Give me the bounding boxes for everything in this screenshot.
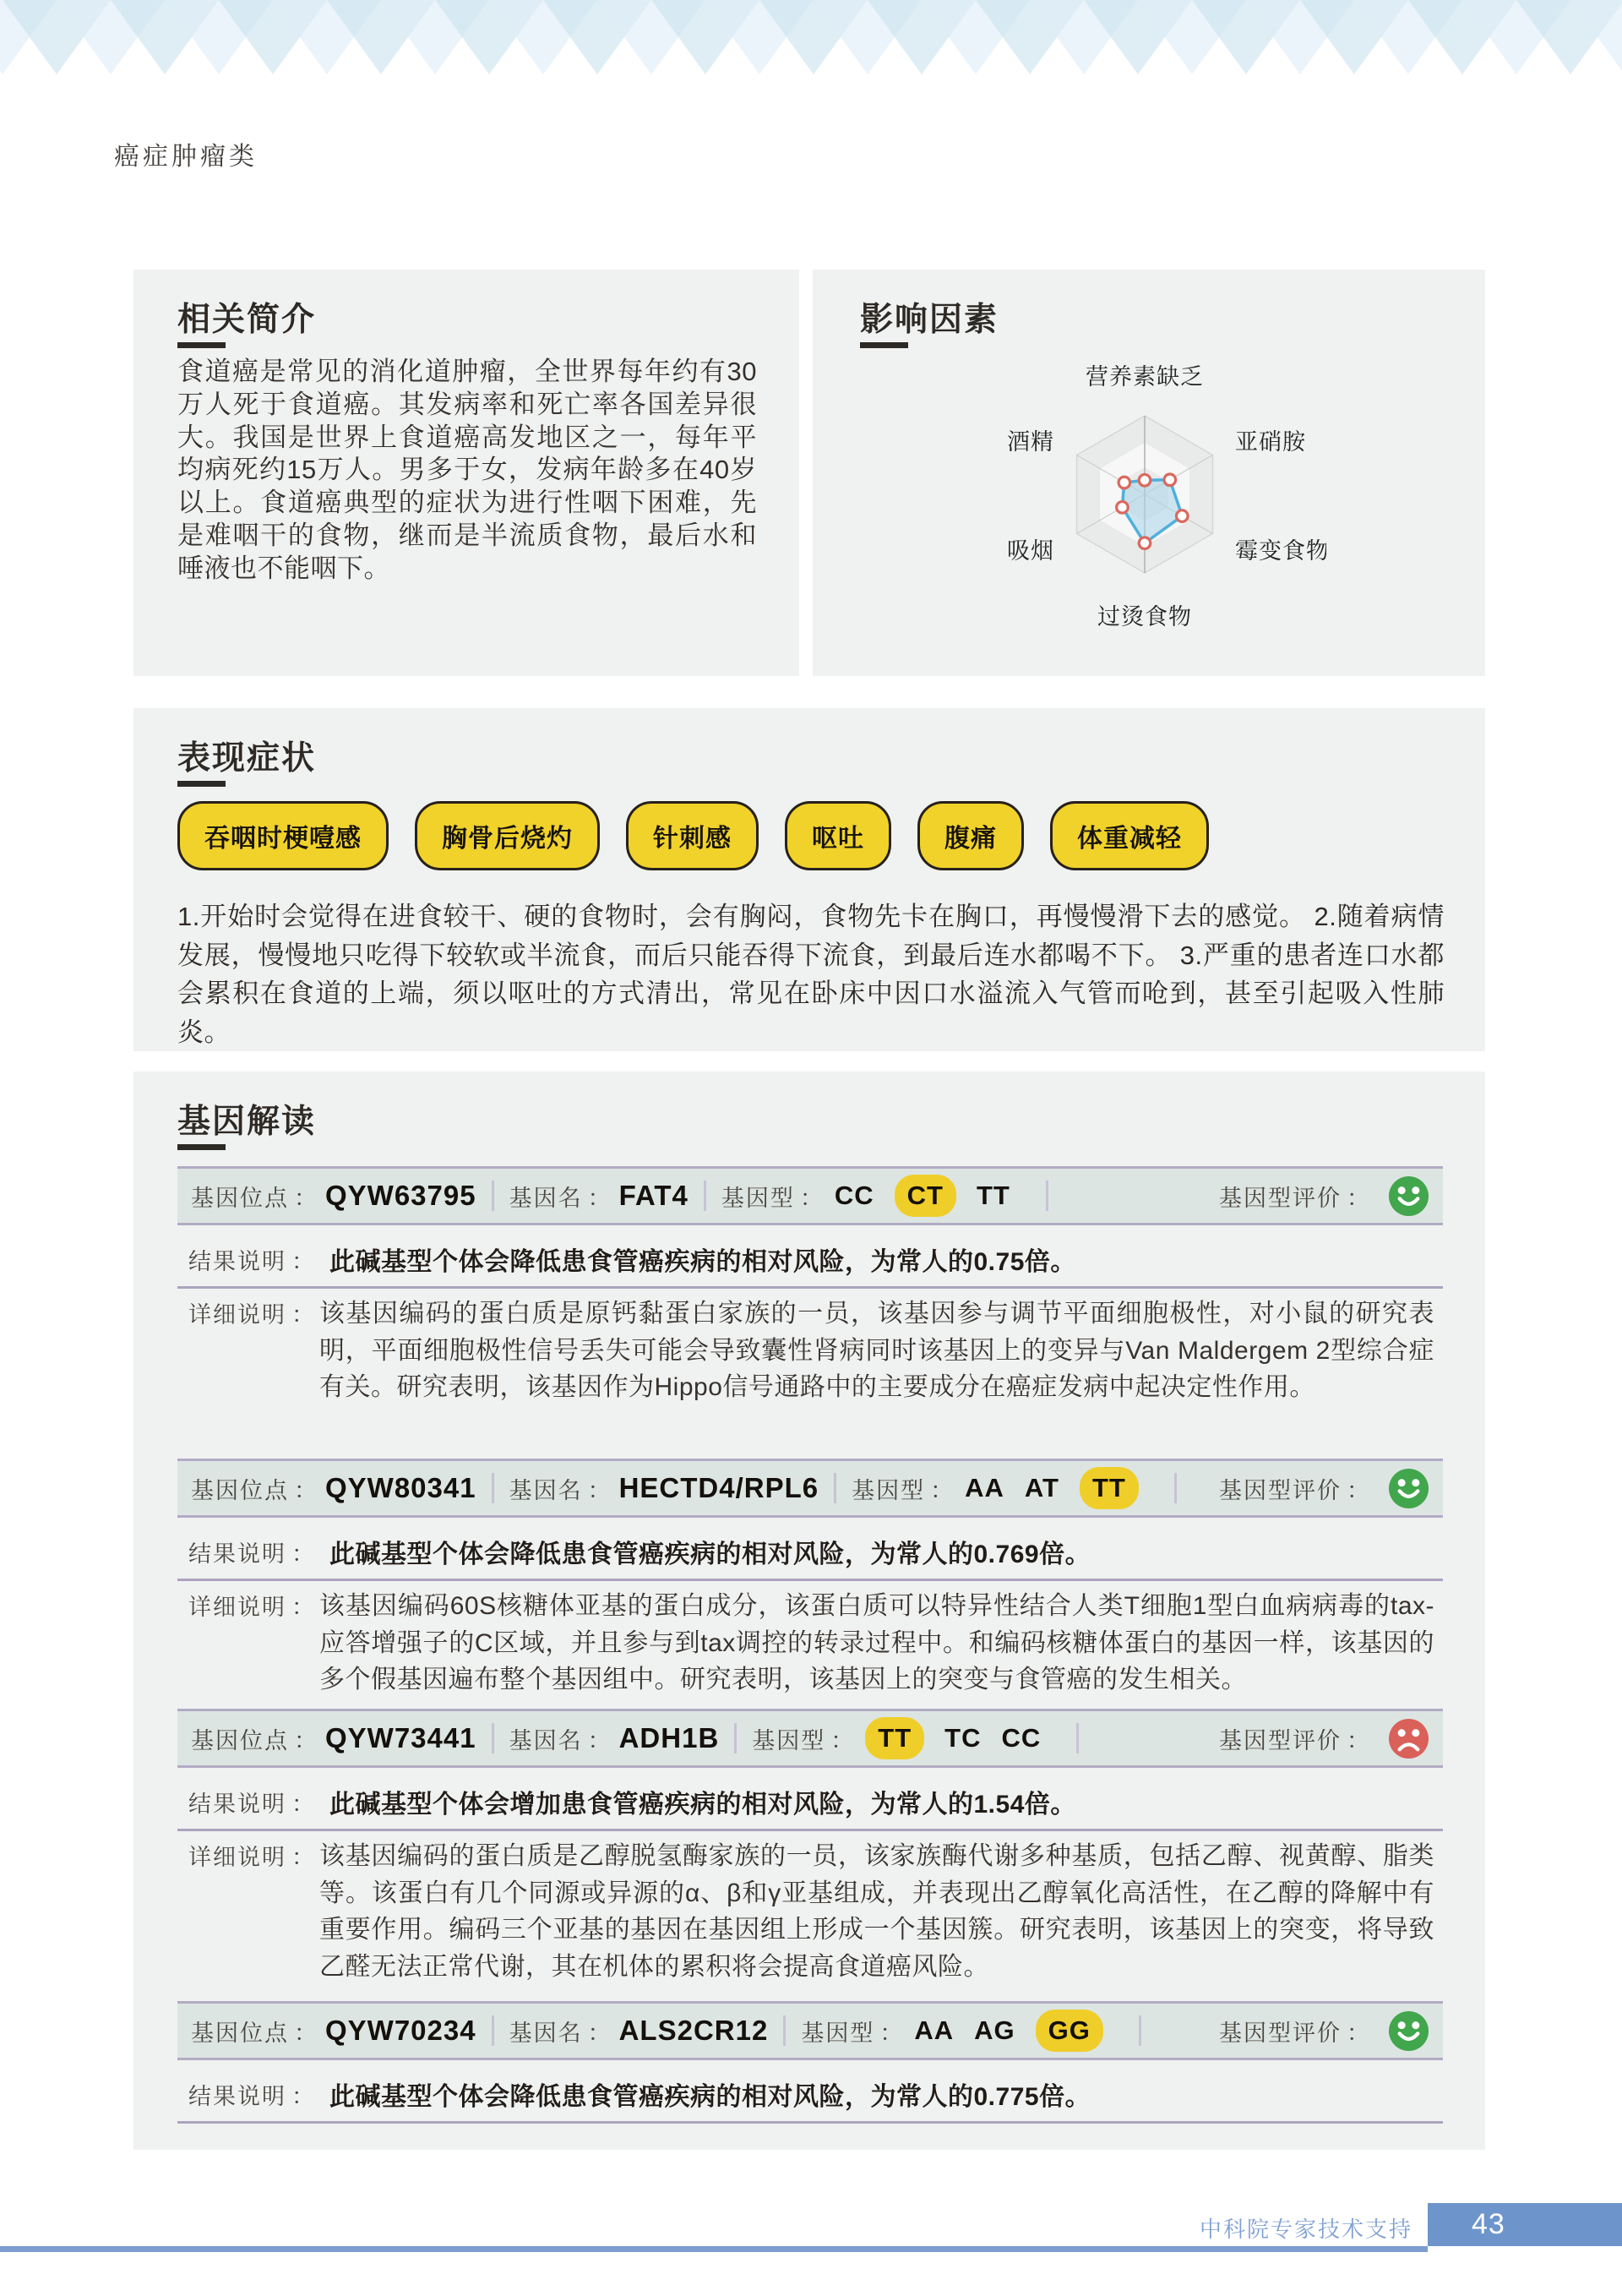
gene-locus-label: 基因位点 — [191, 2015, 289, 2048]
result-label: 结果说明 — [188, 1786, 286, 1819]
radar-axis-label: 营养素缺乏 — [1086, 364, 1204, 390]
gene-name-value: FAT4 — [619, 1180, 689, 1212]
detail-label-holder: 详细说明： — [188, 1837, 323, 1874]
colon: ： — [1347, 1722, 1369, 1755]
colon: ： — [294, 1722, 317, 1755]
genotype-label: 基因型 — [801, 2015, 874, 2048]
radar-axis-label: 吸烟 — [1007, 538, 1054, 564]
colon: ： — [1347, 2015, 1369, 2048]
genotype-option-highlighted: GG — [1036, 2010, 1103, 2052]
gene-locus-value: QYW80341 — [325, 1472, 476, 1504]
colon: ： — [879, 2015, 902, 2048]
header-divider — [783, 2015, 786, 2046]
symptom-tag: 腹痛 — [917, 801, 1024, 870]
gene-header-row: 基因位点： QYW70234 基因名： ALS2CR12 基因型： AAAGGG… — [177, 2001, 1443, 2060]
gene-name-label: 基因名 — [509, 1472, 583, 1505]
intro-body-text: 食道癌是常见的消化道肿瘤，全世界每年约有30万人死于食道癌。其发病率和死亡率各国… — [177, 356, 757, 586]
gene-name-value: ALS2CR12 — [619, 2015, 769, 2047]
smiley-good-icon — [1388, 2010, 1429, 2052]
gene-rows: 基因位点： QYW63795 基因名： FAT4 基因型： CCCTTT 基因型… — [177, 1166, 1443, 2124]
gene-name-value: ADH1B — [619, 1722, 720, 1754]
page-number: 43 — [1472, 2208, 1505, 2241]
intro-title-underline — [177, 342, 226, 348]
genotype-option: AA — [914, 2015, 954, 2046]
result-row: 结果说明： 此碱基型个体会降低患食管癌疾病的相对风险，为常人的0.775倍。 — [188, 2070, 1091, 2118]
colon: ： — [1347, 1472, 1369, 1505]
genes-panel: 基因解读 基因位点： QYW63795 基因名： FAT4 基因型： CCCTT… — [133, 1072, 1485, 2150]
gene-header-row: 基因位点： QYW63795 基因名： FAT4 基因型： CCCTTT 基因型… — [177, 1166, 1443, 1225]
result-text: 此碱基型个体会降低患食管癌疾病的相对风险，为常人的0.775倍。 — [329, 2075, 1091, 2113]
detail-label-holder: 详细说明： — [188, 1587, 323, 1624]
colon: ： — [291, 1296, 314, 1329]
header-divider — [1076, 1723, 1079, 1753]
category-label: 癌症肿瘤类 — [114, 135, 258, 172]
gene-name-label: 基因名 — [509, 2015, 583, 2048]
symptom-tag: 体重减轻 — [1050, 801, 1209, 870]
gene-header-row: 基因位点： QYW80341 基因名： HECTD4/RPL6 基因型： AAA… — [177, 1459, 1443, 1518]
colon: ： — [291, 1786, 314, 1819]
evaluation-label: 基因型评价 — [1219, 1472, 1342, 1505]
result-label: 结果说明 — [188, 1243, 286, 1276]
result-text: 此碱基型个体会降低患食管癌疾病的相对风险，为常人的0.75倍。 — [329, 1241, 1076, 1278]
gene-locus-value: QYW73441 — [325, 1722, 476, 1754]
genotype-option-highlighted: TT — [1080, 1467, 1139, 1509]
gene-name-label: 基因名 — [509, 1722, 583, 1755]
detail-row: 详细说明： 该基因编码的蛋白质是原钙黏蛋白家族的一员，该基因参与调节平面细胞极性… — [188, 1295, 1441, 1406]
header-divider — [492, 1181, 494, 1211]
result-row: 结果说明： 此碱基型个体会降低患食管癌疾病的相对风险，为常人的0.75倍。 — [188, 1235, 1076, 1283]
gene-locus-label: 基因位点 — [191, 1180, 289, 1213]
colon: ： — [294, 1180, 317, 1213]
header-divider — [492, 1723, 494, 1753]
evaluation-smiley-holder — [1388, 2010, 1429, 2052]
genotype-option: AA — [965, 1473, 1004, 1503]
result-text: 此碱基型个体会降低患食管癌疾病的相对风险，为常人的0.769倍。 — [329, 1533, 1091, 1570]
radar-data-marker — [1176, 510, 1188, 522]
factors-title: 影响因素 — [860, 293, 999, 341]
detail-label: 详细说明 — [188, 1296, 286, 1329]
result-row: 结果说明： 此碱基型个体会降低患食管癌疾病的相对风险，为常人的0.769倍。 — [188, 1528, 1091, 1575]
symptom-tag-list: 吞咽时梗噎感 胸骨后烧灼 针刺感 呕吐 腹痛 体重减轻 — [177, 801, 1209, 870]
gene-name-value: HECTD4/RPL6 — [619, 1472, 819, 1504]
header-divider — [834, 1473, 836, 1503]
genotype-option: AT — [1025, 1473, 1059, 1503]
genotype-option-highlighted: CT — [895, 1175, 956, 1217]
detail-text: 该基因编码的蛋白质是乙醇脱氢酶家族的一员，该家族酶代谢多种基质，包括乙醇、视黄醇… — [319, 1837, 1434, 1985]
genotype-option: CC — [1001, 1723, 1041, 1753]
genotype-label: 基因型 — [752, 1722, 825, 1755]
genotype-options: TTTCCC — [865, 1717, 1061, 1759]
header-divider — [1174, 1473, 1177, 1503]
detail-text: 该基因编码60S核糖体亚基的蛋白成分，该蛋白质可以特异性结合人类T细胞1型白血病… — [319, 1587, 1434, 1699]
factors-title-underline — [860, 342, 908, 348]
header-divider — [704, 1181, 706, 1211]
radar-axis-label: 霉变食物 — [1235, 538, 1326, 564]
gene-locus-value: QYW63795 — [325, 1180, 476, 1212]
row-divider — [177, 1579, 1443, 1581]
detail-row: 详细说明： 该基因编码的蛋白质是乙醇脱氢酶家族的一员，该家族酶代谢多种基质，包括… — [188, 1837, 1441, 1985]
header-divider — [1139, 2015, 1141, 2046]
genes-title-underline — [177, 1144, 226, 1150]
symptom-tag: 胸骨后烧灼 — [415, 801, 600, 870]
footer-support-text: 中科院专家技术支持 — [1200, 2212, 1412, 2244]
colon: ： — [588, 1472, 611, 1505]
colon: ： — [930, 1472, 953, 1505]
colon: ： — [588, 2015, 611, 2048]
detail-text: 该基因编码的蛋白质是原钙黏蛋白家族的一员，该基因参与调节平面细胞极性，对小鼠的研… — [319, 1295, 1434, 1406]
result-text: 此碱基型个体会增加患食管癌疾病的相对风险，为常人的1.54倍。 — [329, 1783, 1076, 1820]
colon: ： — [1347, 1180, 1369, 1213]
detail-label: 详细说明 — [188, 1589, 286, 1622]
gene-locus-value: QYW70234 — [325, 2015, 476, 2047]
colon: ： — [291, 1589, 314, 1622]
symptom-tag: 吞咽时梗噎感 — [177, 801, 389, 870]
colon: ： — [588, 1180, 611, 1213]
radar-data-marker — [1117, 502, 1129, 514]
gene-locus-label: 基因位点 — [191, 1472, 289, 1505]
radar-axis-label: 亚硝胺 — [1235, 429, 1306, 455]
gene-locus-label: 基因位点 — [191, 1722, 289, 1755]
symptoms-panel: 表现症状 吞咽时梗噎感 胸骨后烧灼 针刺感 呕吐 腹痛 体重减轻 1.开始时会觉… — [133, 708, 1485, 1051]
header-divider — [734, 1723, 737, 1753]
symptoms-title-underline — [177, 781, 226, 787]
genotype-option: CC — [835, 1181, 874, 1211]
radar-chart-svg: 营养素缺乏亚硝胺霉变食物过烫食物吸烟酒精 — [955, 359, 1326, 638]
symptom-tag: 呕吐 — [785, 801, 891, 870]
intro-title: 相关简介 — [177, 293, 316, 341]
row-divider — [177, 1286, 1443, 1289]
gene-name-label: 基因名 — [509, 1180, 583, 1213]
genotype-options: AAAGGG — [914, 2010, 1124, 2052]
symptom-tag: 针刺感 — [626, 801, 759, 870]
radar-axis-label: 过烫食物 — [1097, 604, 1192, 630]
evaluation-smiley-holder — [1388, 1468, 1429, 1509]
smiley-bad-icon — [1388, 1718, 1429, 1759]
report-page: 癌症肿瘤类 相关简介 食道癌是常见的消化道肿瘤，全世界每年约有30万人死于食道癌… — [0, 0, 1622, 2296]
intro-panel: 相关简介 食道癌是常见的消化道肿瘤，全世界每年约有30万人死于食道癌。其发病率和… — [133, 270, 799, 676]
genotype-option-highlighted: TT — [865, 1717, 924, 1759]
header-divider — [492, 1473, 494, 1503]
smiley-good-icon — [1388, 1175, 1429, 1217]
colon: ： — [588, 1722, 611, 1755]
radar-data-marker — [1139, 474, 1151, 486]
genotype-option: TC — [944, 1723, 981, 1753]
colon: ： — [291, 2078, 314, 2111]
detail-row: 详细说明： 该基因编码60S核糖体亚基的蛋白成分，该蛋白质可以特异性结合人类T细… — [188, 1587, 1441, 1699]
header-divider — [492, 2015, 494, 2046]
result-row: 结果说明： 此碱基型个体会增加患食管癌疾病的相对风险，为常人的1.54倍。 — [188, 1778, 1076, 1825]
colon: ： — [294, 2015, 317, 2048]
evaluation-label: 基因型评价 — [1219, 1722, 1342, 1755]
colon: ： — [291, 1839, 314, 1872]
page-number-box: 43 — [1428, 2203, 1622, 2246]
detail-label: 详细说明 — [188, 1839, 286, 1872]
result-label: 结果说明 — [188, 2078, 286, 2111]
radar-data-marker — [1119, 477, 1130, 488]
radar-axis-label: 酒精 — [1007, 429, 1054, 455]
header-divider — [1046, 1181, 1048, 1211]
evaluation-label: 基因型评价 — [1219, 1180, 1342, 1213]
evaluation-label: 基因型评价 — [1219, 2015, 1342, 2048]
colon: ： — [830, 1722, 853, 1755]
genotype-options: AAATTT — [965, 1467, 1159, 1509]
row-divider — [177, 2121, 1443, 2124]
row-divider — [177, 1829, 1443, 1831]
evaluation-smiley-holder — [1388, 1175, 1429, 1217]
symptoms-description: 1.开始时会觉得在进食较干、硬的食物时，会有胸闷，食物先卡在胸口，再慢慢滑下去的… — [177, 897, 1445, 1051]
factors-radar-chart: 营养素缺乏亚硝胺霉变食物过烫食物吸烟酒精 — [955, 359, 1326, 638]
radar-data-marker — [1139, 537, 1151, 549]
colon: ： — [294, 1472, 317, 1505]
genotype-label: 基因型 — [852, 1472, 925, 1505]
smiley-good-icon — [1388, 1468, 1429, 1509]
symptoms-title: 表现症状 — [177, 732, 316, 779]
radar-data-marker — [1164, 474, 1176, 486]
factors-panel: 影响因素 营养素缺乏亚硝胺霉变食物过烫食物吸烟酒精 — [813, 270, 1485, 676]
genotype-option: TT — [977, 1181, 1010, 1211]
colon: ： — [800, 1180, 823, 1213]
genotype-label: 基因型 — [721, 1180, 795, 1213]
result-label: 结果说明 — [188, 1535, 286, 1568]
genotype-options: CCCTTT — [835, 1175, 1031, 1217]
zigzag-pattern-decoration — [0, 0, 1622, 118]
colon: ： — [291, 1535, 314, 1568]
evaluation-smiley-holder — [1388, 1718, 1429, 1759]
colon: ： — [291, 1243, 314, 1276]
footer-rule — [0, 2246, 1428, 2252]
genotype-option: AG — [974, 2015, 1015, 2046]
detail-label-holder: 详细说明： — [188, 1295, 323, 1332]
gene-header-row: 基因位点： QYW73441 基因名： ADH1B 基因型： TTTCCC 基因… — [177, 1709, 1443, 1768]
genes-title: 基因解读 — [177, 1095, 316, 1143]
